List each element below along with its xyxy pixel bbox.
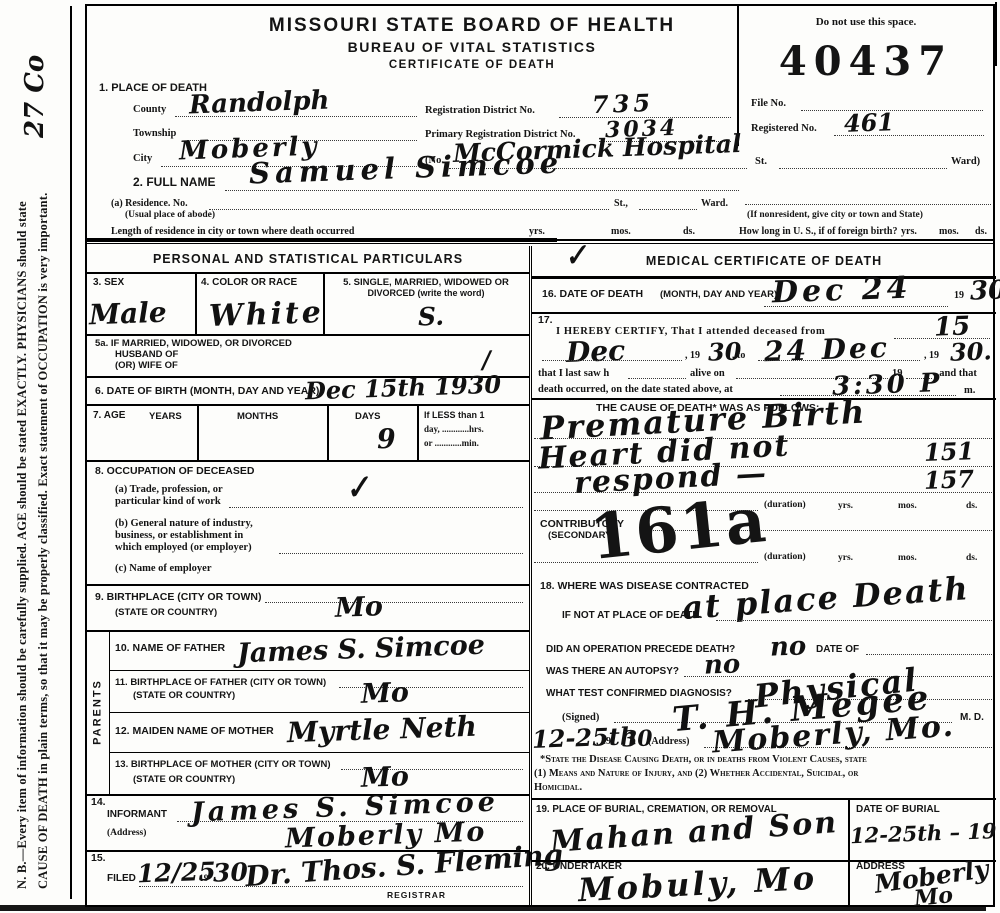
birthplace-row: 9. BIRTHPLACE (CITY OR TOWN) (STATE OR C… bbox=[87, 584, 529, 632]
margin-note-line2: CAUSE OF DEATH in plain terms, so that i… bbox=[36, 19, 51, 889]
age-row: 7. AGE YEARS MONTHS DAYS 9 If LESS than … bbox=[87, 404, 529, 462]
age-less-1: If LESS than 1 bbox=[424, 410, 485, 421]
township-label: Township bbox=[133, 128, 176, 141]
birthplace-state-label: (STATE OR COUNTRY) bbox=[115, 607, 217, 618]
married-label-2: HUSBAND OF bbox=[115, 349, 178, 360]
medical-column: ✓ MEDICAL CERTIFICATE OF DEATH 16. DATE … bbox=[529, 246, 996, 905]
registered-no-label: Registered No. bbox=[751, 123, 817, 136]
father-birthplace-value: Mo bbox=[361, 679, 410, 708]
age-label: 7. AGE bbox=[93, 410, 125, 422]
sign-address-label: (Address) bbox=[648, 736, 689, 748]
dob-value: Dec 15th 1930 bbox=[305, 373, 502, 404]
dod-year-prefix: 19 bbox=[954, 290, 964, 302]
operation-date-line bbox=[866, 654, 992, 655]
operation-date-of-label: DATE OF bbox=[816, 644, 859, 656]
autopsy-label: WAS THERE AN AUTOPSY? bbox=[546, 666, 679, 678]
age-days-label: DAYS bbox=[355, 411, 381, 422]
certify-num: 17. bbox=[538, 314, 553, 327]
certificate-title: CERTIFICATE OF DEATH bbox=[207, 59, 737, 72]
age-less-3: or ............min. bbox=[424, 438, 479, 449]
length-mos: mos. bbox=[611, 226, 631, 238]
contributory-mos: mos. bbox=[898, 553, 917, 564]
medical-header: MEDICAL CERTIFICATE OF DEATH bbox=[532, 246, 996, 269]
footnote-line-3: Homicidal. bbox=[534, 781, 582, 795]
reg-district-value: 735 bbox=[592, 91, 655, 117]
footnote-line-2: (1) Means and Nature of Injury, and (2) … bbox=[534, 767, 858, 781]
cause-duration-ds: ds. bbox=[966, 501, 977, 512]
residence-line bbox=[209, 209, 609, 210]
margin-scribble: 27 Co bbox=[22, 28, 48, 138]
informant-address-label: (Address) bbox=[107, 828, 146, 839]
race-value: White bbox=[209, 298, 325, 332]
sign-date-address-block: 12-25th , 19 30 (Address) Moberly, Mo. bbox=[532, 728, 996, 752]
county-value: Randolph bbox=[189, 88, 330, 119]
reg-district-label: Registration District No. bbox=[425, 105, 535, 118]
filed-year-prefix: 19 bbox=[199, 874, 209, 885]
age-years-label: YEARS bbox=[149, 411, 182, 422]
institution-st-line bbox=[779, 168, 947, 169]
parents-side-strip: PARENTS bbox=[87, 630, 110, 794]
father-name-row: 10. NAME OF FATHER James S. Simcoe bbox=[109, 630, 529, 671]
parents-side-label: PARENTS bbox=[91, 679, 104, 745]
contracted-sub-label: IF NOT AT PLACE OF DEATH. bbox=[562, 610, 702, 622]
age-vline-3 bbox=[417, 404, 419, 460]
occupation-a2: particular kind of work bbox=[115, 496, 221, 509]
informant-label: INFORMANT bbox=[107, 809, 167, 821]
residence-ward-label: Ward. bbox=[701, 198, 728, 210]
occurred-m-label: m. bbox=[964, 385, 975, 398]
sex-race-marital-row: 3. SEX Male 4. COLOR OR RACE White 5. SI… bbox=[87, 272, 529, 336]
mother-birthplace-value: Mo bbox=[361, 763, 410, 792]
nonresident-line bbox=[745, 204, 991, 205]
dod-value: Dec 24 bbox=[772, 274, 913, 309]
marital-label-2: DIVORCED (write the word) bbox=[323, 288, 529, 299]
cause-code-2: 157 bbox=[924, 467, 975, 493]
lastsaw-text-1: that I last saw h bbox=[538, 368, 609, 381]
certify-p19-a: , 19 bbox=[685, 350, 700, 362]
personal-header-row: PERSONAL AND STATISTICAL PARTICULARS bbox=[87, 246, 529, 274]
contributory-block: CONTRIBUTORY (SECONDARY) 161a (duration)… bbox=[532, 514, 996, 572]
medical-header-row: ✓ MEDICAL CERTIFICATE OF DEATH bbox=[532, 246, 996, 279]
undertaker-value: Mobuly, Mo bbox=[577, 862, 817, 906]
mother-birthplace-state: (STATE OR COUNTRY) bbox=[133, 774, 235, 785]
section-divider-smudge bbox=[87, 238, 557, 242]
county-label: County bbox=[133, 104, 166, 117]
married-label-3: (OR) WIFE OF bbox=[115, 360, 178, 371]
institution-ward-label: Ward) bbox=[951, 156, 980, 169]
lastsaw-text-2: alive on bbox=[690, 368, 725, 381]
occurred-text: death occurred, on the date stated above… bbox=[538, 384, 733, 397]
howlong-yrs: yrs. bbox=[901, 226, 917, 238]
race-cell: 4. COLOR OR RACE White bbox=[195, 272, 325, 334]
age-months-label: MONTHS bbox=[237, 411, 278, 422]
occupation-b2: business, or establishment in bbox=[115, 530, 243, 543]
informant-row: 14. INFORMANT James S. Simcoe (Address) … bbox=[87, 794, 529, 852]
race-label: 4. COLOR OR RACE bbox=[201, 277, 297, 289]
cause-duration-yrs: yrs. bbox=[838, 501, 853, 512]
dod-year-value: 30 bbox=[970, 277, 1000, 304]
institution-st-label: St. bbox=[755, 156, 767, 169]
residence-label: (a) Residence. No. bbox=[111, 198, 188, 210]
dod-sub-label: (MONTH, DAY AND YEAR) bbox=[660, 289, 777, 300]
registrar-stamp-box: Do not use this space. 40437 File No. Re… bbox=[737, 6, 993, 146]
burial-date-cell: DATE OF BURIAL 12-25th – 19 30 bbox=[848, 800, 996, 860]
father-name-label: 10. NAME OF FATHER bbox=[115, 642, 225, 655]
age-days-value: 9 bbox=[377, 426, 397, 454]
medical-check-mark: ✓ bbox=[562, 240, 590, 272]
stray-pen-mark: / bbox=[482, 348, 492, 372]
undertaker-address-cell: ADDRESS Moberly Mo bbox=[848, 858, 996, 905]
length-yrs: yrs. bbox=[529, 226, 545, 238]
certify-from-month: Dec bbox=[566, 337, 626, 367]
disease-contracted-block: 18. WHERE WAS DISEASE CONTRACTED at plac… bbox=[532, 572, 996, 638]
occupation-b3: which employed (or employer) bbox=[115, 542, 252, 555]
file-no-label: File No. bbox=[751, 98, 786, 111]
lastsaw-line-1 bbox=[628, 378, 686, 379]
section-divider-2 bbox=[87, 243, 993, 244]
father-name-value: James S. Simcoe bbox=[237, 632, 486, 668]
father-birthplace-state: (STATE OR COUNTRY) bbox=[133, 690, 235, 701]
full-name-line bbox=[225, 190, 739, 191]
filed-label: FILED bbox=[107, 873, 136, 885]
bureau-title: BUREAU OF VITAL STATISTICS bbox=[207, 40, 737, 55]
filed-num: 15. bbox=[91, 852, 106, 865]
burial-date-label: DATE OF BURIAL bbox=[856, 804, 940, 816]
marital-cell: 5. SINGLE, MARRIED, WIDOWED OR DIVORCED … bbox=[323, 272, 529, 334]
length-ds: ds. bbox=[683, 226, 695, 238]
dob-label: 6. DATE OF BIRTH (MONTH, DAY AND YEAR) bbox=[95, 385, 319, 398]
occupation-a1: (a) Trade, profession, or bbox=[115, 484, 223, 497]
date-of-death-row: 16. DATE OF DEATH (MONTH, DAY AND YEAR) … bbox=[532, 276, 996, 314]
operation-block: DID AN OPERATION PRECEDE DEATH? no DATE … bbox=[532, 638, 996, 660]
filed-year-value: 30 bbox=[213, 859, 249, 885]
burial-place-cell: 19. PLACE OF BURIAL, CREMATION, OR REMOV… bbox=[532, 800, 850, 860]
contributory-duration-label: (duration) bbox=[764, 552, 806, 563]
length-residence-label: Length of residence in city or town wher… bbox=[111, 226, 354, 238]
burial-date-value: 12-25th – 19 30 bbox=[850, 819, 1000, 846]
birthplace-label: 9. BIRTHPLACE (CITY OR TOWN) bbox=[95, 591, 261, 604]
marital-label-1: 5. SINGLE, MARRIED, WIDOWED OR bbox=[323, 277, 529, 288]
informant-num: 14. bbox=[91, 796, 106, 809]
howlong-mos: mos. bbox=[939, 226, 959, 238]
cause-duration-label: (duration) bbox=[764, 500, 806, 511]
certify-to-line bbox=[758, 360, 920, 361]
board-title: MISSOURI STATE BOARD OF HEALTH bbox=[207, 16, 737, 37]
residence-st-label: St., bbox=[614, 198, 628, 210]
filed-row: 15. FILED 12/25 19 30 Dr. Thos. S. Flemi… bbox=[87, 850, 529, 905]
occupation-c: (c) Name of employer bbox=[115, 563, 212, 576]
howlong-label: How long in U. S., if of foreign birth? bbox=[739, 226, 897, 238]
certify-to-value: 24 Dec bbox=[764, 334, 891, 366]
cause-footnote: *State the Disease Causing Death, or in … bbox=[532, 752, 996, 798]
do-not-use-label: Do not use this space. bbox=[739, 16, 993, 29]
certify-to-label: , to bbox=[732, 350, 745, 362]
birthplace-line bbox=[265, 602, 523, 603]
father-birthplace-label: 11. BIRTHPLACE OF FATHER (CITY OR TOWN) bbox=[115, 677, 326, 688]
margin-note-line1: N. B.—Every item of information should b… bbox=[15, 19, 30, 889]
age-vline-2 bbox=[327, 404, 329, 460]
certify-p19-b: , 19 bbox=[924, 350, 939, 362]
margin-note: N. B.—Every item of information should b… bbox=[15, 19, 59, 889]
occupation-b-line bbox=[279, 553, 523, 554]
signed-md-label: M. D. bbox=[960, 712, 984, 724]
occupation-row: 8. OCCUPATION OF DECEASED (a) Trade, pro… bbox=[87, 460, 529, 586]
contributory-yrs: yrs. bbox=[838, 553, 853, 564]
personal-header: PERSONAL AND STATISTICAL PARTICULARS bbox=[87, 246, 529, 267]
registrar-label: REGISTRAR bbox=[387, 890, 446, 900]
married-label-1: 5a. IF MARRIED, WIDOWED, OR DIVORCED bbox=[95, 338, 292, 349]
residence-st-line bbox=[639, 209, 697, 210]
certify-to-year: 30. bbox=[950, 339, 993, 364]
burial-row: 19. PLACE OF BURIAL, CREMATION, OR REMOV… bbox=[532, 798, 996, 862]
mother-name-value: Myrtle Neth bbox=[287, 713, 478, 748]
certify-month-line bbox=[542, 360, 682, 361]
right-edge-rule bbox=[995, 2, 997, 66]
sign-year-prefix: , 19 bbox=[596, 736, 611, 748]
father-birthplace-row: 11. BIRTHPLACE OF FATHER (CITY OR TOWN) … bbox=[109, 670, 529, 713]
undertaker-row: 20. UNDERTAKER Mobuly, Mo ADDRESS Moberl… bbox=[532, 858, 996, 905]
parents-block: PARENTS 10. NAME OF FATHER James S. Simc… bbox=[87, 630, 529, 796]
certificate-body: MISSOURI STATE BOARD OF HEALTH BUREAU OF… bbox=[85, 4, 995, 907]
occupation-b1: (b) General nature of industry, bbox=[115, 518, 253, 531]
margin-rule bbox=[70, 6, 72, 899]
cause-code-1: 151 bbox=[924, 439, 975, 465]
nonresident-label: (If nonresident, give city or town and S… bbox=[747, 210, 923, 221]
full-name-value: Samuel Simcoe bbox=[249, 149, 564, 189]
age-less-2: day, ............hrs. bbox=[424, 424, 484, 435]
abode-label: (Usual place of abode) bbox=[125, 210, 215, 221]
full-name-label: 2. FULL NAME bbox=[133, 175, 215, 189]
howlong-ds: ds. bbox=[975, 226, 987, 238]
date-of-birth-row: 6. DATE OF BIRTH (MONTH, DAY AND YEAR) D… bbox=[87, 376, 529, 406]
registered-no-value: 461 bbox=[844, 110, 895, 136]
mother-name-row: 12. MAIDEN NAME OF MOTHER Myrtle Neth bbox=[109, 712, 529, 753]
sex-value: Male bbox=[89, 299, 168, 330]
dod-label: 16. DATE OF DEATH bbox=[542, 288, 643, 301]
sex-cell: 3. SEX Male bbox=[87, 272, 197, 334]
contracted-line bbox=[716, 620, 992, 621]
mother-birthplace-label: 13. BIRTHPLACE OF MOTHER (CITY OR TOWN) bbox=[115, 759, 331, 770]
mother-name-label: 12. MAIDEN NAME OF MOTHER bbox=[115, 725, 274, 738]
birthplace-value: Mo bbox=[335, 593, 384, 622]
certificate-number-stamp: 40437 bbox=[739, 42, 993, 82]
personal-column: PERSONAL AND STATISTICAL PARTICULARS 3. … bbox=[87, 246, 529, 905]
footnote-line-1: *State the Disease Causing Death, or in … bbox=[540, 753, 867, 767]
sex-label: 3. SEX bbox=[93, 277, 124, 289]
contributory-duration-line bbox=[534, 562, 758, 563]
contributory-ds: ds. bbox=[966, 553, 977, 564]
cause-duration-mos: mos. bbox=[898, 501, 917, 512]
occupation-a-line bbox=[229, 507, 523, 508]
death-certificate-scan: N. B.—Every item of information should b… bbox=[0, 0, 1000, 913]
autopsy-value: no bbox=[704, 651, 741, 678]
city-label: City bbox=[133, 153, 152, 166]
age-vline-1 bbox=[197, 404, 199, 460]
certify-row: 17. I HEREBY CERTIFY, That I attended de… bbox=[532, 312, 996, 400]
operation-value: no bbox=[770, 633, 807, 660]
occupation-label: 8. OCCUPATION OF DECEASED bbox=[95, 465, 254, 478]
marital-value: S. bbox=[418, 304, 445, 330]
occupation-check-mark: ✓ bbox=[342, 472, 373, 507]
contributory-code-stamp: 161a bbox=[587, 489, 770, 569]
undertaker-address-value-2: Mo bbox=[913, 884, 954, 910]
undertaker-cell: 20. UNDERTAKER Mobuly, Mo bbox=[532, 858, 850, 905]
